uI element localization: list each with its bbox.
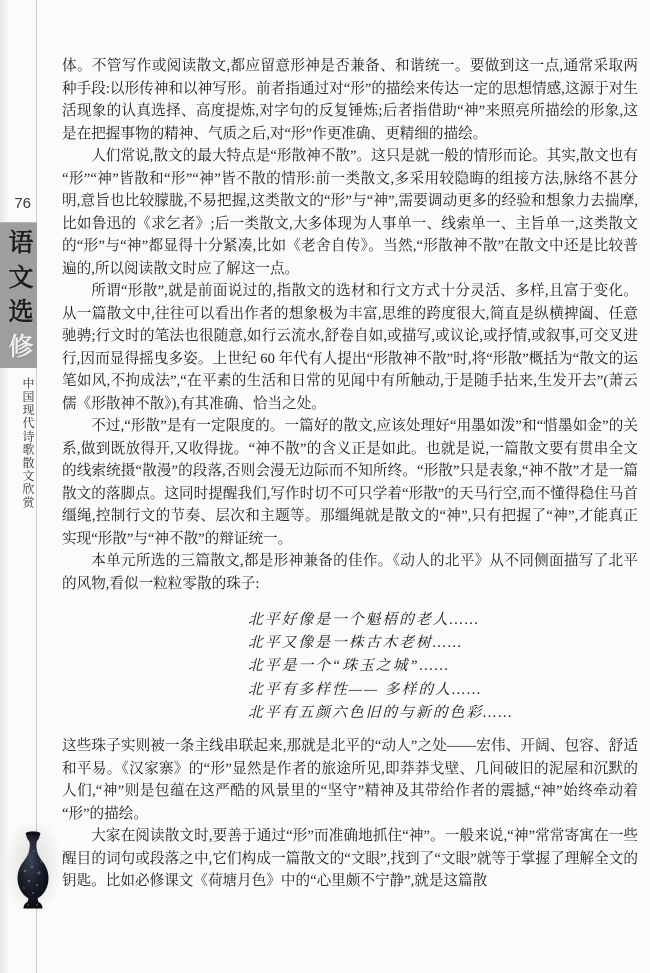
series-logo-char: 选 <box>0 295 37 330</box>
paragraph: 这些珠子实则被一条主线串联起来,那就是北平的“动人”之处——宏伟、开阔、包容、舒… <box>62 735 638 825</box>
body-text: 体。不管写作或阅读散文,都应留意形神是否兼备、和谐统一。要做到这一点,通常采取两… <box>62 55 638 893</box>
series-logo-box: 语 文 选 修 <box>0 222 37 368</box>
paragraph: 本单元所选的三篇散文,都是形神兼备的佳作。《动人的北平》从不同侧面描写了北平的风… <box>62 550 638 595</box>
paragraph: 不过,“形散”是有一定限度的。一篇好的散文,应该处理好“用墨如泼”和“惜墨如金”… <box>62 415 638 550</box>
quote-line: 北平又像是一株古木老树…… <box>248 632 638 655</box>
porcelain-vase-icon <box>10 831 56 913</box>
paragraph: 大家在阅读散文时,要善于通过“形”而准确地抓住“神”。一般来说,“神”常常寄寓在… <box>62 825 638 893</box>
paragraph: 体。不管写作或阅读散文,都应留意形神是否兼备、和谐统一。要做到这一点,通常采取两… <box>62 55 638 145</box>
series-logo-char: 文 <box>0 261 37 296</box>
quote-line: 北平是一个“珠玉之城”…… <box>248 655 638 678</box>
series-subtitle: 中国现代诗歌散文欣赏 <box>20 377 37 509</box>
quote-line: 北平有五颜六色旧的与新的色彩…… <box>248 702 638 725</box>
paragraph: 人们常说,散文的最大特点是“形散神不散”。这只是就一般的情形而论。其实,散文也有… <box>62 145 638 280</box>
quote-block: 北平好像是一个魁梧的老人…… 北平又像是一株古木老树…… 北平是一个“珠玉之城”… <box>248 609 638 725</box>
quote-line: 北平有多样性—— 多样的人…… <box>248 679 638 702</box>
series-logo-char: 语 <box>0 226 37 261</box>
quote-line: 北平好像是一个魁梧的老人…… <box>248 609 638 632</box>
page-number: 76 <box>0 195 31 212</box>
paragraph: 所谓“形散”,就是前面说过的,指散文的选材和行文方式十分灵活、多样,且富于变化。… <box>62 280 638 415</box>
textbook-page: 76 语 文 选 修 中国现代诗歌散文欣赏 <box>0 0 650 973</box>
vase-illustration <box>10 831 56 913</box>
series-logo-char: 修 <box>0 330 37 365</box>
